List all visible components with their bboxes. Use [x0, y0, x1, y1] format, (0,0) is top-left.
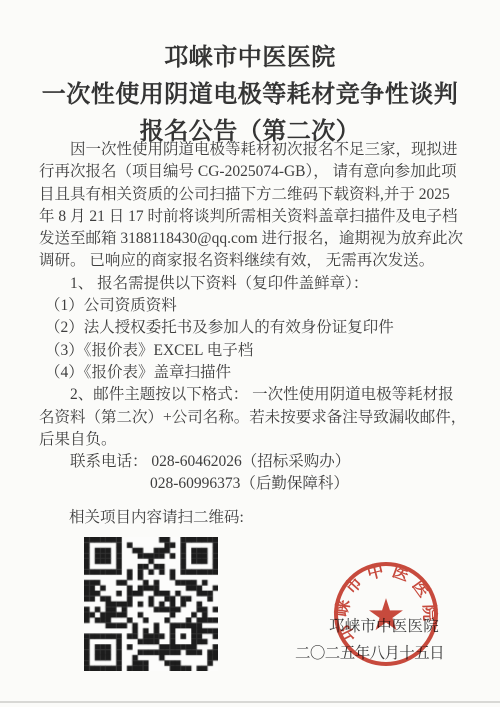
list-item: （1）公司资质资料 — [39, 295, 463, 317]
scanned-announcement-page: 邛崃市中医医院 一次性使用阴道电极等耗材竞争性谈判 报名公告（第二次） 因一次性… — [0, 0, 500, 707]
body-line: 2、邮件主题按以下格式： 一次性使用阴道电极等耗材报 — [39, 384, 463, 406]
official-red-stamp: 邛崃市中医医院 — [331, 559, 441, 669]
body-line: 目且具有相关资质的公司扫描下方二维码下载资料,并于 2025 — [39, 184, 463, 206]
body-line: 名资料（第二次）+公司名称。若未按要求备注导致漏收邮件， — [39, 407, 463, 429]
scan-edge-line — [0, 701, 500, 703]
body-line: 年 8 月 21 日 17 时前将谈判所需相关资料盖章扫描件及电子档 — [39, 206, 463, 228]
list-header: 1、 报名需提供以下资料（复印件盖鲜章）： — [39, 273, 463, 295]
body-line: 后果自负。 — [39, 429, 463, 451]
document-title: 邛崃市中医医院 一次性使用阴道电极等耗材竞争性谈判 报名公告（第二次） — [0, 40, 500, 151]
document-body: 因一次性使用阴道电极等耗材初次报名不足三家，现拟进 行再次报名（项目编号 CG-… — [39, 139, 463, 496]
body-line: 调研。 已响应的商家报名资料继续有效， 无需再次发送。 — [39, 250, 463, 272]
list-item: （2）法人授权委托书及参加人的有效身份证复印件 — [39, 317, 463, 339]
body-line-email: 发送至邮箱 3188118430@qq.com 进行报名，逾期视为放弃此次 — [39, 228, 463, 250]
body-line: 因一次性使用阴道电极等耗材初次报名不足三家，现拟进 — [39, 139, 463, 161]
body-line: 行再次报名（项目编号 CG-2025074-GB）， 请有意向参加此项 — [39, 161, 463, 183]
title-project-name: 一次性使用阴道电极等耗材竞争性谈判 — [0, 77, 500, 114]
list-item: （3）《报价表》EXCEL 电子档 — [39, 340, 463, 362]
contact-phone-2: 028-60996373（后勤保障科） — [39, 473, 463, 495]
title-hospital-name: 邛崃市中医医院 — [0, 40, 500, 77]
list-item: （4）《报价表》盖章扫描件 — [39, 362, 463, 384]
project-info-qr-code — [84, 537, 218, 671]
contact-phone-1: 联系电话： 028-60462026（招标采购办） — [39, 451, 463, 473]
qr-prompt-text: 相关项目内容请扫二维码: — [39, 507, 463, 529]
stamp-star-icon — [369, 598, 403, 630]
